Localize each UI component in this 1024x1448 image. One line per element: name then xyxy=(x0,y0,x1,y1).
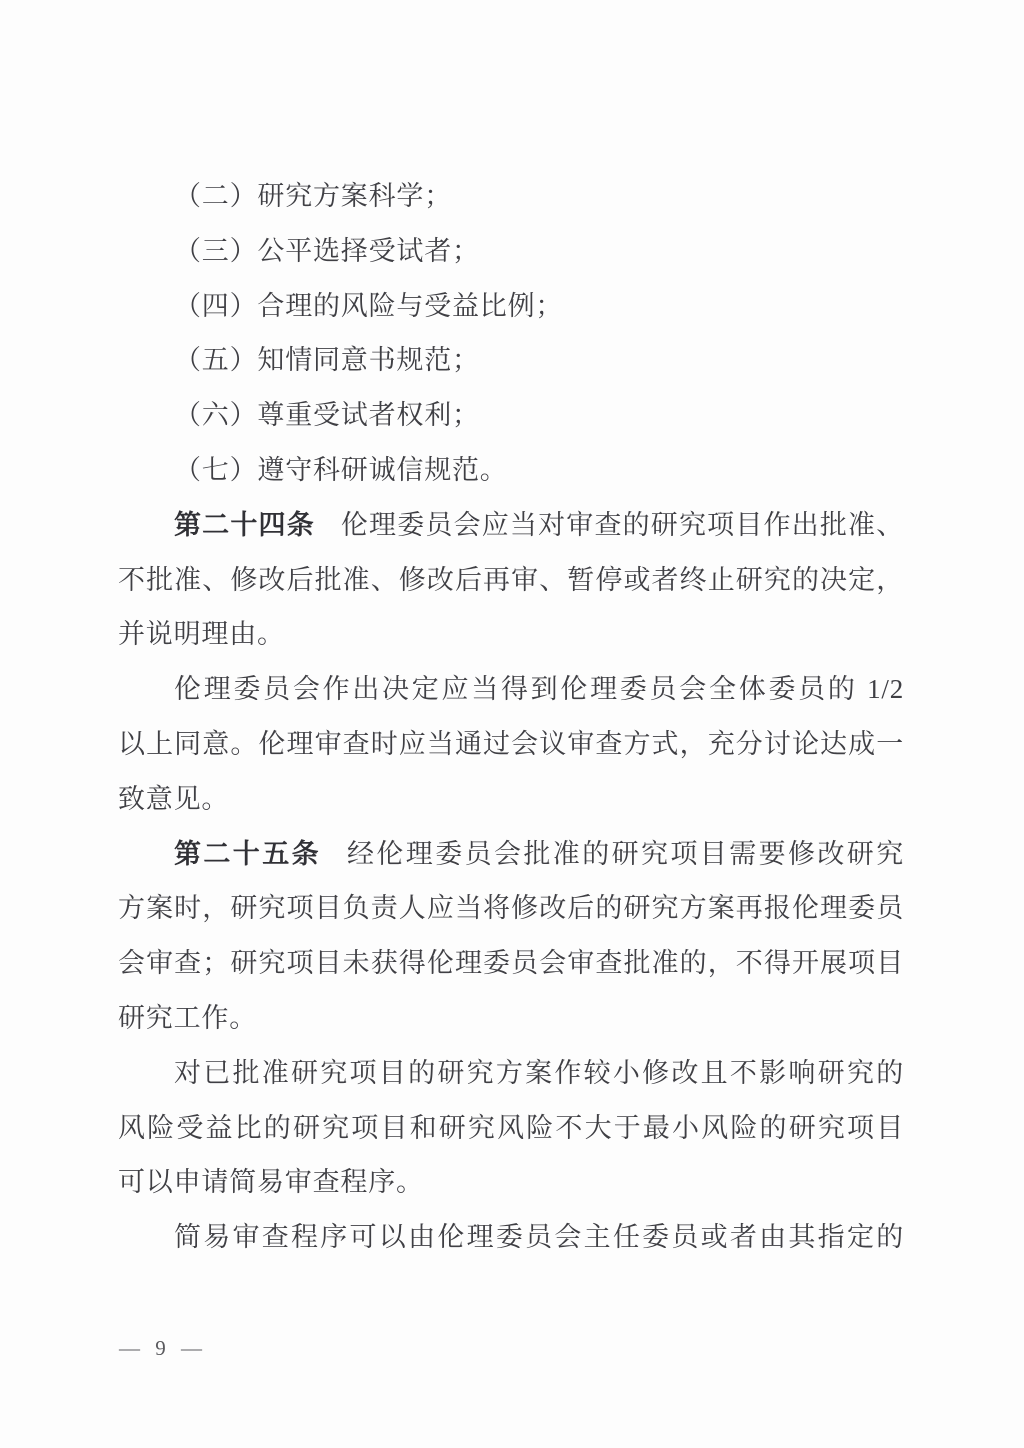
article-25-heading: 第二十五条 xyxy=(174,839,321,869)
document-text-block: （二）研究方案科学； （三）公平选择受试者； （四）合理的风险与受益比例； （五… xyxy=(118,169,904,1265)
article-24-line-2: 不批准、修改后批准、修改后再审、暂停或者终止研究的决定， xyxy=(118,553,904,608)
article-24-heading: 第二十四条 xyxy=(174,510,315,540)
quorum-paragraph-line-2: 以上同意。伦理审查时应当通过会议审查方式，充分讨论达成一 xyxy=(118,717,904,772)
list-item-2: （二）研究方案科学； xyxy=(118,169,904,224)
minor-change-paragraph-line-2: 风险受益比的研究项目和研究风险不大于最小风险的研究项目 xyxy=(118,1101,904,1156)
document-page: （二）研究方案科学； （三）公平选择受试者； （四）合理的风险与受益比例； （五… xyxy=(0,0,1024,1448)
quorum-paragraph-line-3: 致意见。 xyxy=(118,772,904,827)
list-item-5: （五）知情同意书规范； xyxy=(118,333,904,388)
list-item-6: （六）尊重受试者权利； xyxy=(118,388,904,443)
article-25-line-2: 方案时，研究项目负责人应当将修改后的研究方案再报伦理委员 xyxy=(118,881,904,936)
simplified-review-paragraph-line-1: 简易审查程序可以由伦理委员会主任委员或者由其指定的 xyxy=(118,1210,904,1265)
article-25-line-4: 研究工作。 xyxy=(118,991,904,1046)
article-24-line-1: 第二十四条伦理委员会应当对审查的研究项目作出批准、 xyxy=(118,498,904,553)
minor-change-paragraph-line-3: 可以申请简易审查程序。 xyxy=(118,1155,904,1210)
article-25-line-3: 会审查；研究项目未获得伦理委员会审查批准的，不得开展项目 xyxy=(118,936,904,991)
article-24-line-3: 并说明理由。 xyxy=(118,607,904,662)
list-item-3: （三）公平选择受试者； xyxy=(118,224,904,279)
article-25-text: 经伦理委员会批准的研究项目需要修改研究 xyxy=(347,839,904,869)
page-number: — 9 — xyxy=(119,1336,207,1361)
article-24-text: 伦理委员会应当对审查的研究项目作出批准、 xyxy=(341,510,904,540)
minor-change-paragraph-line-1: 对已批准研究项目的研究方案作较小修改且不影响研究的 xyxy=(118,1046,904,1101)
list-item-7: （七）遵守科研诚信规范。 xyxy=(118,443,904,498)
list-item-4: （四）合理的风险与受益比例； xyxy=(118,279,904,334)
article-25-line-1: 第二十五条经伦理委员会批准的研究项目需要修改研究 xyxy=(118,827,904,882)
quorum-paragraph-line-1: 伦理委员会作出决定应当得到伦理委员会全体委员的 1/2 xyxy=(118,662,904,717)
